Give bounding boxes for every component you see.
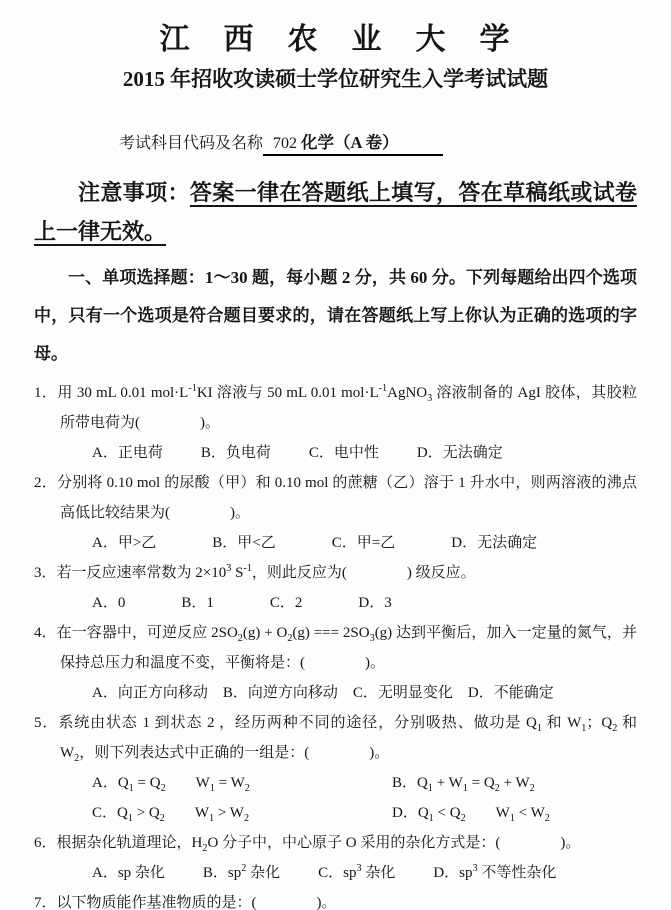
subject-label: 考试科目代码及名称 [119,135,263,152]
question-number: 7． [34,895,57,910]
option-a: A．Q1 = Q2 W1 = W2 [92,768,354,798]
option-c: C．2 [270,588,303,618]
option-a: A．正电荷 [92,438,163,468]
question-stem: 2．分别将 0.10 mol 的尿酸（甲）和 0.10 mol 的蔗糖（乙）溶于… [34,468,637,528]
subject-value: 702 化学（A 卷） [263,135,443,156]
options-row: A．0 B．1 C．2 D．3 [92,588,637,618]
option-a: A．0 [92,588,125,618]
question-number: 4． [34,625,57,641]
question-number: 3． [34,565,57,581]
option-d: D．sp3 不等性杂化 [433,858,556,888]
option-a: A．甲>乙 [92,528,156,558]
subject-line: 考试科目代码及名称702 化学（A 卷） [119,129,637,153]
option-b: B．1 [181,588,214,618]
option-c: C．Q1 > Q2 W1 > W2 [92,798,354,828]
question-2: 2．分别将 0.10 mol 的尿酸（甲）和 0.10 mol 的蔗糖（乙）溶于… [34,468,637,558]
option-a: A．向正方向移动 [92,678,208,708]
question-number: 6． [34,835,57,851]
subject-code: 702 [273,135,297,152]
question-text: 以下物质能作基准物质的是：( )。 [57,895,337,910]
option-d: D．3 [358,588,391,618]
option-d: D．不能确定 [468,678,554,708]
question-stem: 6．根据杂化轨道理论，H2O 分子中，中心原子 O 采用的杂化方式是：( )。 [34,828,637,858]
exam-paper-page: 江 西 农 业 大 学 2015 年招收攻读硕士学位研究生入学考试试题 考试科目… [0,0,671,910]
question-text: 分别将 0.10 mol 的尿酸（甲）和 0.10 mol 的蔗糖（乙）溶于 1… [57,475,637,521]
options-row: A．向正方向移动 B．向逆方向移动 C．无明显变化 D．不能确定 [92,678,637,708]
question-number: 1． [34,385,57,401]
option-d: D．无法确定 [451,528,537,558]
question-stem: 4．在一容器中，可逆反应 2SO2(g) + O2(g) === 2SO3(g)… [34,618,637,678]
notice-prefix: 注意事项： [78,180,190,205]
question-5: 5．系统由状态 1 到状态 2 ，经历两种不同的途径，分别吸热、做功是 Q1 和… [34,708,637,828]
options-row: A．正电荷 B．负电荷 C．电中性 D．无法确定 [92,438,637,468]
question-7: 7．以下物质能作基准物质的是：( )。 [34,888,637,910]
page-subtitle: 2015 年招收攻读硕士学位研究生入学考试试题 [34,63,637,96]
question-number: 5． [34,715,58,731]
option-a: A．sp 杂化 [92,858,165,888]
question-stem: 1．用 30 mL 0.01 mol·L-1KI 溶液与 50 mL 0.01 … [34,378,637,438]
question-6: 6．根据杂化轨道理论，H2O 分子中，中心原子 O 采用的杂化方式是：( )。 … [34,828,637,888]
question-4: 4．在一容器中，可逆反应 2SO2(g) + O2(g) === 2SO3(g)… [34,618,637,708]
option-c: C．无明显变化 [353,678,453,708]
options-row: A．sp 杂化 B．sp2 杂化 C．sp3 杂化 D．sp3 不等性杂化 [92,858,637,888]
option-b: B．负电荷 [201,438,271,468]
question-text: 用 30 mL 0.01 mol·L-1KI 溶液与 50 mL 0.01 mo… [57,385,637,431]
question-text: 根据杂化轨道理论，H2O 分子中，中心原子 O 采用的杂化方式是：( )。 [57,835,581,851]
option-d: D．Q1 < Q2 W1 < W2 [392,798,550,828]
question-1: 1．用 30 mL 0.01 mol·L-1KI 溶液与 50 mL 0.01 … [34,378,637,468]
page-title: 江 西 农 业 大 学 [34,20,637,60]
option-b: B．Q1 + W1 = Q2 + W2 [392,768,535,798]
option-b: B．甲<乙 [212,528,275,558]
option-c: C．甲=乙 [332,528,395,558]
option-c: C．sp3 杂化 [318,858,395,888]
options-row: A．甲>乙 B．甲<乙 C．甲=乙 D．无法确定 [92,528,637,558]
option-c: C．电中性 [309,438,379,468]
option-d: D．无法确定 [417,438,503,468]
question-list: 1．用 30 mL 0.01 mol·L-1KI 溶液与 50 mL 0.01 … [34,378,637,910]
option-b: B．向逆方向移动 [223,678,338,708]
question-number: 2． [34,475,57,491]
question-stem: 5．系统由状态 1 到状态 2 ，经历两种不同的途径，分别吸热、做功是 Q1 和… [34,708,637,768]
options-row: A．Q1 = Q2 W1 = W2 B．Q1 + W1 = Q2 + W2 [92,768,637,798]
question-text: 系统由状态 1 到状态 2 ，经历两种不同的途径，分别吸热、做功是 Q1 和 W… [58,715,637,761]
notice: 注意事项：答案一律在答题纸上填写，答在草稿纸或试卷上一律无效。 [34,173,637,251]
subject-name: 化学（A 卷） [301,133,399,152]
question-stem: 3．若一反应速率常数为 2×103 S-1，则此反应为( ) 级反应。 [34,558,637,588]
question-text: 在一容器中，可逆反应 2SO2(g) + O2(g) === 2SO3(g) 达… [57,625,637,671]
option-b: B．sp2 杂化 [203,858,280,888]
question-stem: 7．以下物质能作基准物质的是：( )。 [34,888,637,910]
section-intro: 一、单项选择题：1～30 题，每小题 2 分，共 60 分。下列每题给出四个选项… [34,259,637,373]
question-3: 3．若一反应速率常数为 2×103 S-1，则此反应为( ) 级反应。 A．0 … [34,558,637,618]
options-row: C．Q1 > Q2 W1 > W2 D．Q1 < Q2 W1 < W2 [92,798,637,828]
question-text: 若一反应速率常数为 2×103 S-1，则此反应为( ) 级反应。 [57,565,476,581]
